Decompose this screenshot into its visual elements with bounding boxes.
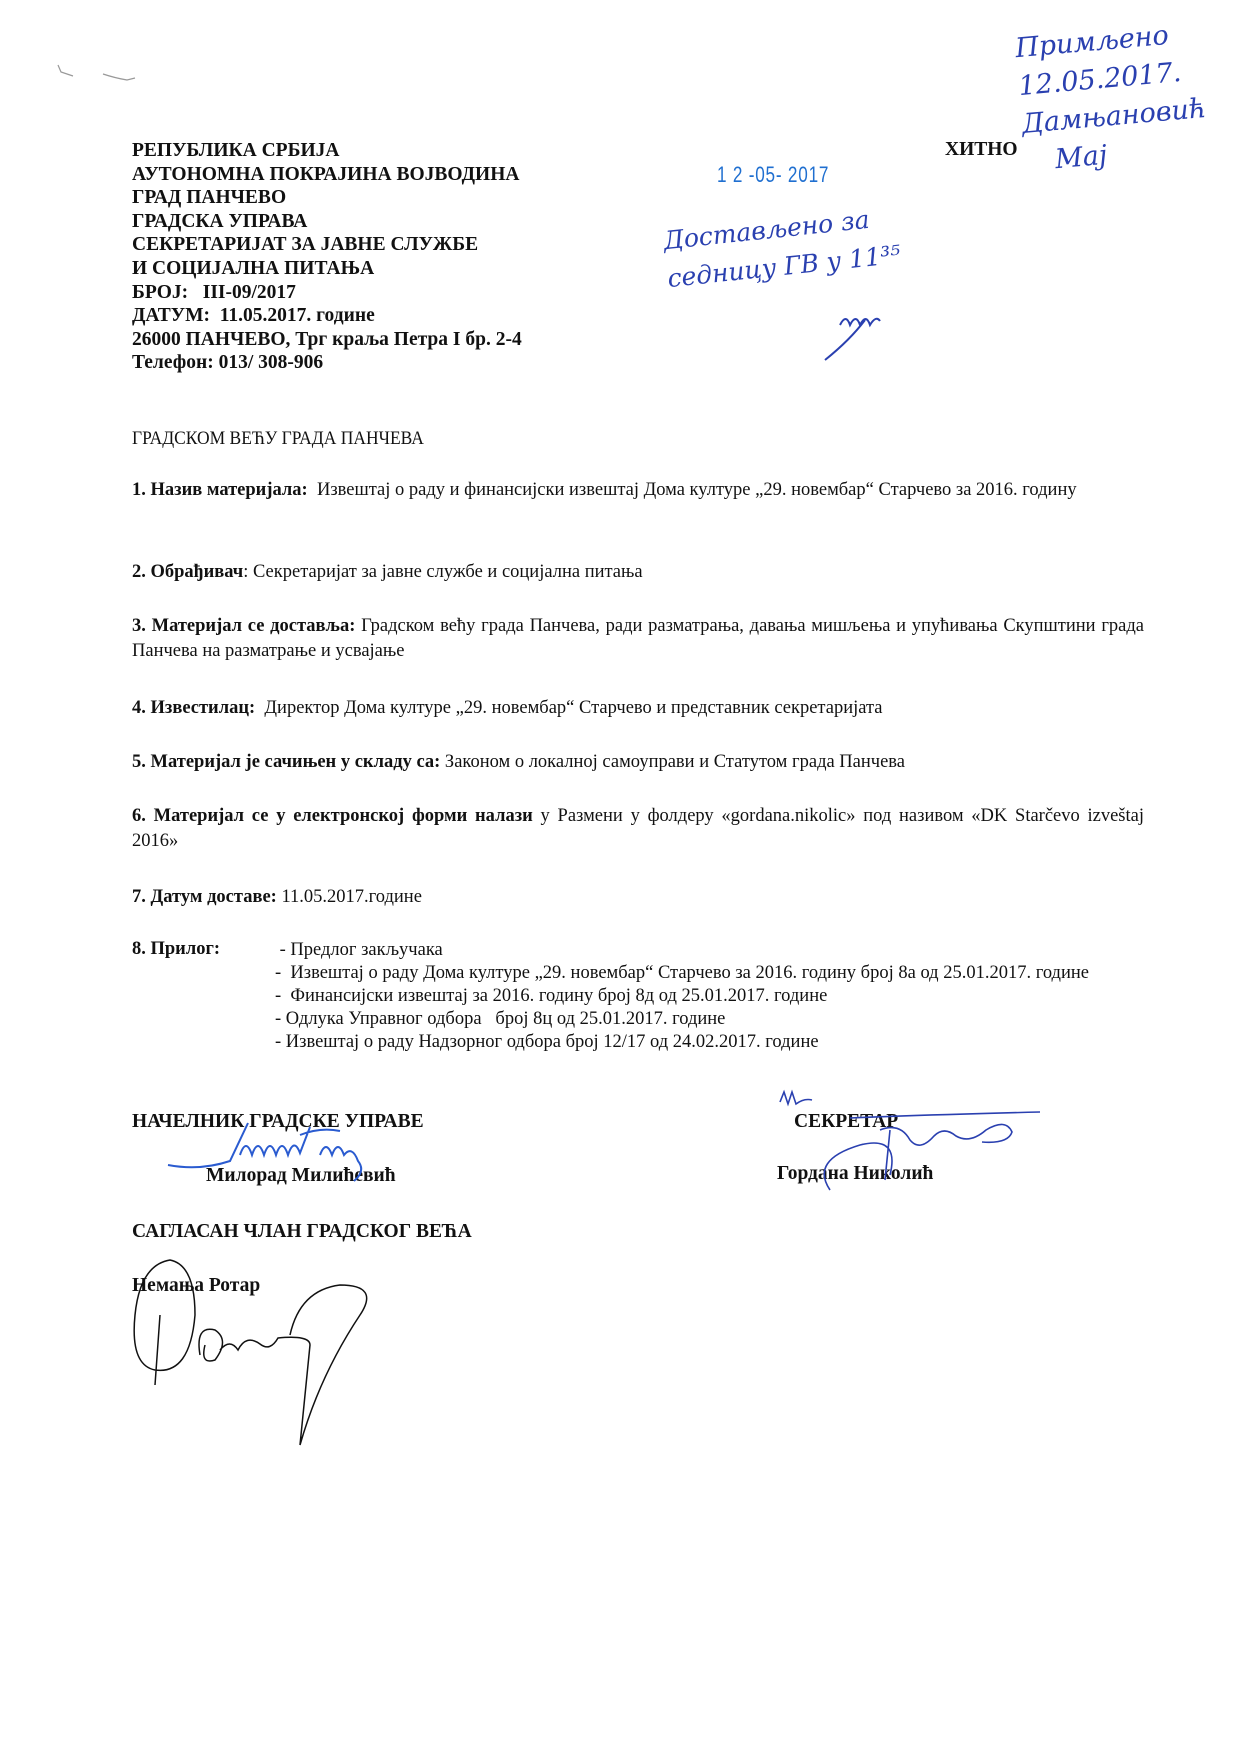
item-material-name: 1. Назив материјала: Извештај о раду и ф… bbox=[132, 478, 1144, 503]
item-processor: 2. Обрађивач: Секретаријат за јавне служ… bbox=[132, 560, 1144, 585]
item-text: Законом о локалној самоуправи и Статутом… bbox=[440, 752, 905, 772]
address: 26000 ПАНЧЕВО, Трг краља Петра I бр. 2-4 bbox=[132, 328, 522, 352]
document-date: ДАТУМ: 11.05.2017. године bbox=[132, 304, 522, 328]
letterhead: РЕПУБЛИКА СРБИЈА АУТОНОМНА ПОКРАЈИНА ВОЈ… bbox=[132, 139, 522, 375]
item-text: 11.05.2017.године bbox=[277, 887, 422, 907]
item-label: 5. Материјал је сачињен у складу са: bbox=[132, 752, 440, 772]
letterhead-line: СЕКРЕТАРИЈАТ ЗА ЈАВНЕ СЛУЖБЕ bbox=[132, 233, 522, 257]
attachment-item: - Предлог закључака bbox=[275, 939, 1145, 962]
item-text: Директор Дома културе „29. новембар“ Ста… bbox=[255, 698, 882, 718]
item-delivery-date: 7. Датум доставе: 11.05.2017.године bbox=[132, 885, 1144, 910]
item-legal-basis: 5. Материјал је сачињен у складу са: Зак… bbox=[132, 750, 1144, 775]
document-number: БРОЈ: III-09/2017 bbox=[132, 281, 522, 305]
item-reporter: 4. Известилац: Директор Дома културе „29… bbox=[132, 696, 1144, 721]
item-text: Извештај о раду и финансијски извештај Д… bbox=[308, 480, 1077, 500]
item-label: 4. Известилац: bbox=[132, 698, 255, 718]
secretary-signature-icon bbox=[770, 1090, 1050, 1200]
item-label: 6. Материјал се у електронској форми нал… bbox=[132, 806, 533, 826]
letterhead-line: И СОЦИЈАЛНА ПИТАЊА bbox=[132, 257, 522, 281]
item-label: 1. Назив материјала: bbox=[132, 480, 308, 500]
letterhead-line: РЕПУБЛИКА СРБИЈА bbox=[132, 139, 522, 163]
item-label: 2. Обрађивач bbox=[132, 562, 243, 582]
attachments-list: - Предлог закључака - Извештај о раду До… bbox=[275, 939, 1145, 1054]
handwritten-delivery-note: Достављено за седницу ГВ у 11³⁵ bbox=[662, 198, 903, 298]
attachment-item: - Финансијски извештај за 2016. годину б… bbox=[275, 985, 1145, 1008]
attachment-item: - Одлука Управног одбора број 8ц од 25.0… bbox=[275, 1008, 1145, 1031]
item-label: 7. Датум доставе: bbox=[132, 887, 277, 907]
council-member-title: САГЛАСАН ЧЛАН ГРАДСКОГ ВЕЋА bbox=[132, 1221, 472, 1243]
addressee: ГРАДСКОМ ВЕЋУ ГРАДА ПАНЧЕВА bbox=[132, 428, 424, 450]
received-date-stamp: 1 2 -05- 2017 bbox=[717, 162, 829, 188]
item-delivered-to: 3. Материјал се доставља: Градском већу … bbox=[132, 614, 1144, 664]
item-label: 3. Материјал се доставља: bbox=[132, 616, 355, 636]
item-text: : Секретаријат за јавне службе и социјал… bbox=[243, 562, 642, 582]
letterhead-line: ГРАД ПАНЧЕВО bbox=[132, 186, 522, 210]
council-member-signature-icon bbox=[120, 1255, 380, 1455]
attachments-label: 8. Прилог: bbox=[132, 939, 220, 960]
letterhead-line: АУТОНОМНА ПОКРАЈИНА ВОЈВОДИНА bbox=[132, 163, 522, 187]
handwritten-received-note: Примљено 12.05.2017. Дамњановић Мај bbox=[1014, 14, 1211, 182]
initials-mark-icon bbox=[820, 300, 900, 370]
attachment-item: - Извештај о раду Дома културе „29. нове… bbox=[275, 962, 1145, 985]
head-signature-icon bbox=[160, 1115, 440, 1185]
scan-mark-icon bbox=[55, 62, 145, 87]
urgent-label: ХИТНО bbox=[945, 139, 1018, 161]
attachment-item: - Извештај о раду Надзорног одбора број … bbox=[275, 1031, 1145, 1054]
item-electronic-location: 6. Материјал се у електронској форми нал… bbox=[132, 804, 1144, 854]
phone: Телефон: 013/ 308-906 bbox=[132, 351, 522, 375]
letterhead-line: ГРАДСКА УПРАВА bbox=[132, 210, 522, 234]
